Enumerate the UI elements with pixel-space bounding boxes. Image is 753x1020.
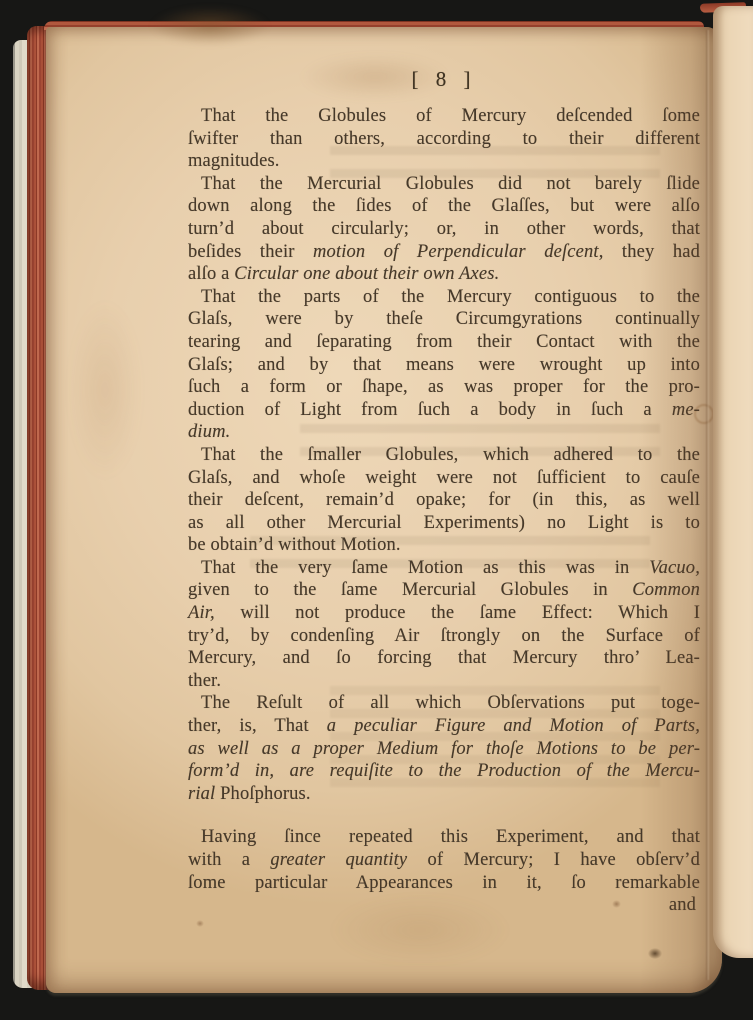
text-segment: Circular one about their own Axes. bbox=[234, 264, 499, 284]
text-segment: ther. bbox=[188, 671, 221, 691]
text-line: The Reſult of all which Obſervations put… bbox=[188, 692, 700, 715]
text-line: That the Mercurial Globules did not bare… bbox=[188, 173, 700, 196]
text-segment: Phoſphorus. bbox=[220, 784, 311, 804]
text-segment: alſo a bbox=[188, 264, 234, 284]
text-line: duction of Light from ſuch a body in ſuc… bbox=[188, 399, 700, 422]
text-line: rial Phoſphorus. bbox=[188, 783, 700, 806]
paragraph: That the Mercurial Globules did not bare… bbox=[188, 173, 700, 286]
text-segment: motion of Perpendicular deſcent bbox=[313, 242, 599, 262]
text-line: turn’d about circularly; or, in other wo… bbox=[188, 218, 700, 241]
text-line: That the parts of the Mercury contiguous… bbox=[188, 286, 700, 309]
paragraph: That the ſmaller Globules, which adhered… bbox=[188, 444, 700, 557]
text-line: ſwifter than others, according to their … bbox=[188, 128, 700, 151]
text-segment: dium. bbox=[188, 422, 230, 442]
text-segment: turn’d about circularly; or, in other wo… bbox=[188, 219, 700, 239]
text-line: ther. bbox=[188, 670, 700, 693]
catchword-line: and bbox=[188, 894, 700, 917]
text-segment: Having ſince repeated this Experiment, a… bbox=[201, 827, 700, 847]
text-line: down along the ſides of the Glaſſes, but… bbox=[188, 195, 700, 218]
book-scan-scene: [ 8 ] That the Globules of Mercury deſce… bbox=[0, 0, 753, 1020]
text-segment: That the ſmaller Globules, which adhered… bbox=[201, 445, 700, 465]
text-line: ſuch a form or ſhape, as was proper for … bbox=[188, 376, 700, 399]
text-line: That the ſmaller Globules, which adhered… bbox=[188, 444, 700, 467]
text-segment: with a bbox=[188, 850, 270, 870]
text-segment: Air, bbox=[188, 603, 215, 623]
text-line: That the very ſame Motion as this was in… bbox=[188, 557, 700, 580]
text-line: Glaſs, were by theſe Circumgyrations con… bbox=[188, 308, 700, 331]
text-line: tearing and ſeparating from their Contac… bbox=[188, 331, 700, 354]
gutter-fold-line bbox=[706, 30, 709, 980]
text-line: dium. bbox=[188, 421, 700, 444]
paragraph: That the parts of the Mercury contiguous… bbox=[188, 286, 700, 444]
text-line: as well as a proper Medium for thoſe Mot… bbox=[188, 738, 700, 761]
text-line: Having ſince repeated this Experiment, a… bbox=[188, 826, 700, 849]
text-segment: their deſcent, remain’d opake; for (in t… bbox=[188, 490, 700, 510]
text-segment: That the parts of the Mercury contiguous… bbox=[201, 287, 700, 307]
text-segment: ſwifter than others, according to their … bbox=[188, 129, 700, 149]
text-segment: try’d, by condenſing Air ſtrongly on the… bbox=[188, 626, 700, 646]
facing-page-edge bbox=[713, 6, 753, 958]
gutter-shadow bbox=[640, 27, 722, 993]
text-line: their deſcent, remain’d opake; for (in t… bbox=[188, 489, 700, 512]
text-segment: greater quantity bbox=[270, 850, 407, 870]
page-number: [ 8 ] bbox=[188, 66, 700, 92]
text-line: be obtain’d without Motion. bbox=[188, 534, 700, 557]
text-segment: Mercury, and ſo forcing that Mercury thr… bbox=[188, 648, 700, 668]
text-segment: given to the ſame Mercurial Globules in bbox=[188, 580, 632, 600]
text-segment: ſome particular Appearances in it, ſo re… bbox=[188, 873, 700, 893]
text-segment: as all other Mercurial Experiments) no L… bbox=[188, 513, 700, 533]
paragraph: Having ſince repeated this Experiment, a… bbox=[188, 826, 700, 894]
text-segment: ther, is, That bbox=[188, 716, 327, 736]
text-segment: form’d in, are requiſite to the Producti… bbox=[188, 761, 700, 781]
text-segment: will not produce the ſame Effect: Which … bbox=[215, 603, 700, 623]
text-segment: duction of Light from ſuch a body in ſuc… bbox=[188, 400, 672, 420]
text-segment: beſides their bbox=[188, 242, 313, 262]
text-line: beſides their motion of Perpendicular de… bbox=[188, 241, 700, 264]
text-segment: be obtain’d without Motion. bbox=[188, 535, 401, 555]
text-line: with a greater quantity of Mercury; I ha… bbox=[188, 849, 700, 872]
paragraph: The Reſult of all which Obſervations put… bbox=[188, 692, 700, 805]
text-line: magnitudes. bbox=[188, 150, 700, 173]
text-segment: That the Mercurial Globules did not bare… bbox=[201, 174, 700, 194]
text-segment: down along the ſides of the Glaſſes, but… bbox=[188, 196, 700, 216]
text-segment: as well as a proper Medium for thoſe Mot… bbox=[188, 739, 700, 759]
text-segment: That the very ſame Motion as this was in bbox=[201, 558, 649, 578]
text-segment: Glaſs; and by that means were wrought up… bbox=[188, 355, 700, 375]
text-segment: rial bbox=[188, 784, 220, 804]
text-line: try’d, by condenſing Air ſtrongly on the… bbox=[188, 625, 700, 648]
text-line: Glaſs, and whoſe weight were not ſuffici… bbox=[188, 467, 700, 490]
text-body: That the Globules of Mercury deſcended ſ… bbox=[188, 105, 700, 917]
paragraph: That the very ſame Motion as this was in… bbox=[188, 557, 700, 693]
text-segment: That the Globules of Mercury deſcended ſ… bbox=[201, 106, 700, 126]
text-segment: ſuch a form or ſhape, as was proper for … bbox=[188, 377, 700, 397]
text-line: alſo a Circular one about their own Axes… bbox=[188, 263, 700, 286]
text-line: form’d in, are requiſite to the Producti… bbox=[188, 760, 700, 783]
text-line: as all other Mercurial Experiments) no L… bbox=[188, 512, 700, 535]
paragraph: That the Globules of Mercury deſcended ſ… bbox=[188, 105, 700, 173]
text-segment: tearing and ſeparating from their Contac… bbox=[188, 332, 700, 352]
text-line: given to the ſame Mercurial Globules in … bbox=[188, 579, 700, 602]
text-segment: Glaſs, were by theſe Circumgyrations con… bbox=[188, 309, 700, 329]
text-line: That the Globules of Mercury deſcended ſ… bbox=[188, 105, 700, 128]
text-line: Mercury, and ſo forcing that Mercury thr… bbox=[188, 647, 700, 670]
text-segment: The Reſult of all which Obſervations put… bbox=[201, 693, 700, 713]
text-line: Air, will not produce the ſame Effect: W… bbox=[188, 602, 700, 625]
text-segment: Glaſs, and whoſe weight were not ſuffici… bbox=[188, 468, 700, 488]
text-block: [ 8 ] That the Globules of Mercury deſce… bbox=[188, 66, 700, 917]
text-segment: magnitudes. bbox=[188, 151, 280, 171]
text-line: ſome particular Appearances in it, ſo re… bbox=[188, 872, 700, 895]
text-line: Glaſs; and by that means were wrought up… bbox=[188, 354, 700, 377]
text-line: ther, is, That a peculiar Figure and Mot… bbox=[188, 715, 700, 738]
